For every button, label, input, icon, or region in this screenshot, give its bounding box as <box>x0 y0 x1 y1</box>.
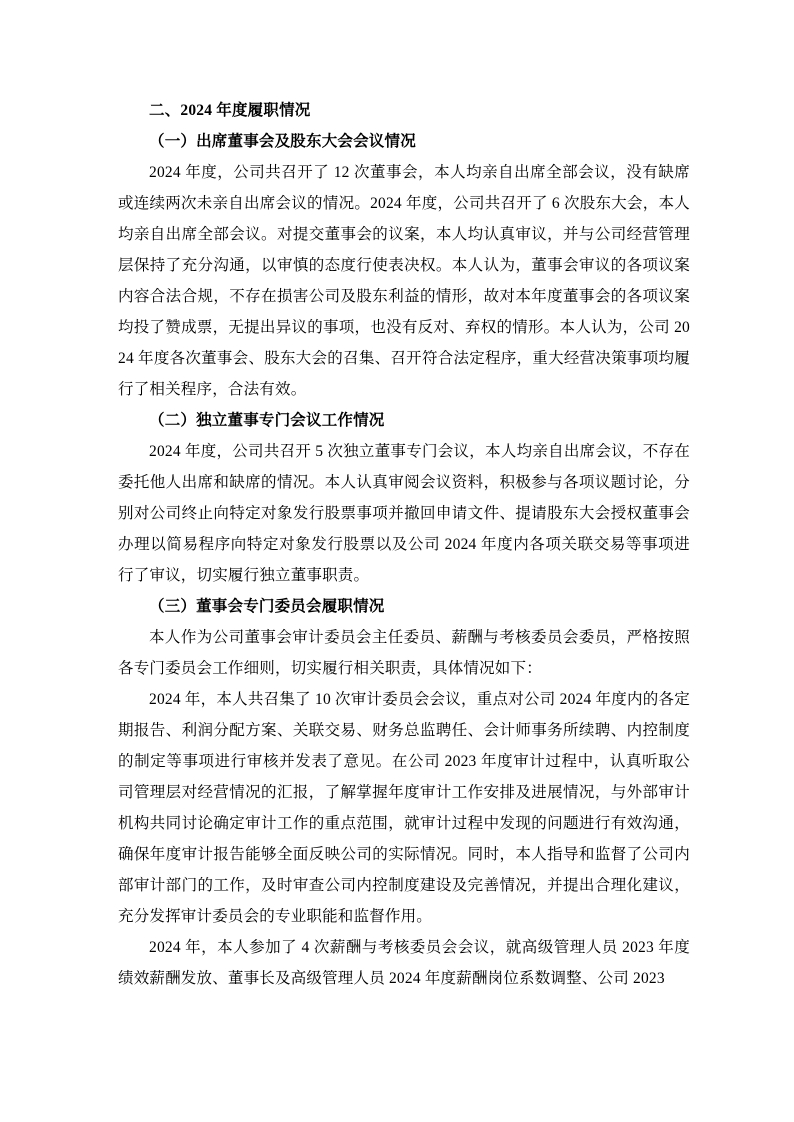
subsection-heading-special-committees: （三）董事会专门委员会履职情况 <box>118 591 690 622</box>
section-heading-performance-2024: 二、2024 年度履职情况 <box>118 95 690 126</box>
paragraph-audit-committee: 2024 年，本人共召集了 10 次审计委员会会议，重点对公司 2024 年度内… <box>118 684 690 932</box>
subsection-heading-board-attendance: （一）出席董事会及股东大会会议情况 <box>118 126 690 157</box>
paragraph-board-attendance: 2024 年度，公司共召开了 12 次董事会，本人均亲自出席全部会议，没有缺席或… <box>118 157 690 405</box>
paragraph-committee-roles: 本人作为公司董事会审计委员会主任委员、薪酬与考核委员会委员，严格按照各专门委员会… <box>118 622 690 684</box>
document-page: 二、2024 年度履职情况 （一）出席董事会及股东大会会议情况 2024 年度，… <box>118 95 690 994</box>
subsection-heading-independent-director-meetings: （二）独立董事专门会议工作情况 <box>118 405 690 436</box>
paragraph-remuneration-committee: 2024 年，本人参加了 4 次薪酬与考核委员会会议，就高级管理人员 2023 … <box>118 932 690 994</box>
paragraph-independent-director-meetings: 2024 年度，公司共召开 5 次独立董事专门会议，本人均亲自出席会议，不存在委… <box>118 436 690 591</box>
